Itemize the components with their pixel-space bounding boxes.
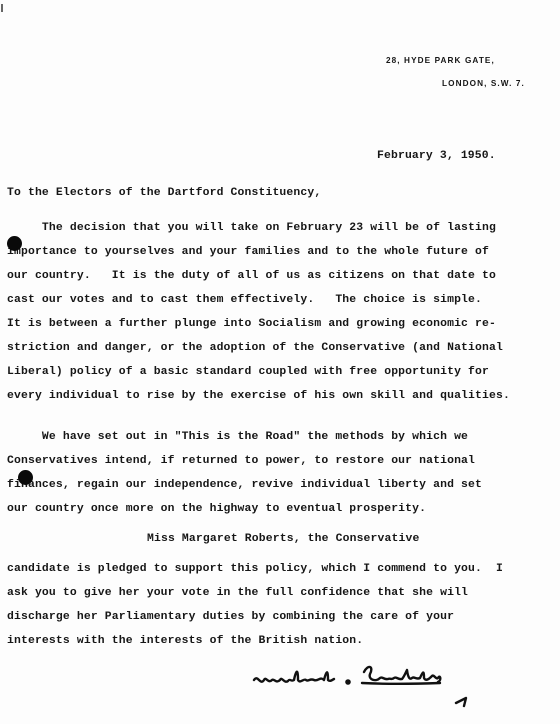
paragraph-line: our country once more on the highway to … xyxy=(7,502,426,516)
paragraph-line: The decision that you will take on Febru… xyxy=(7,221,496,235)
paragraph-line: ask you to give her your vote in the ful… xyxy=(7,586,468,600)
letterhead-address-line1: 28, HYDE PARK GATE, xyxy=(386,56,495,65)
scan-artifact xyxy=(1,4,3,12)
paragraph-line: cast our votes and to cast them effectiv… xyxy=(7,293,482,307)
punch-hole-mark xyxy=(7,236,22,251)
paragraph-line: importance to yourselves and your famili… xyxy=(7,245,489,259)
letter-page: 28, HYDE PARK GATE, LONDON, S.W. 7. Febr… xyxy=(0,0,560,724)
paragraph-line: finances, regain our independence, reviv… xyxy=(7,478,482,492)
candidate-line: Miss Margaret Roberts, the Conservative xyxy=(147,532,419,546)
paragraph-line: Conservatives intend, if returned to pow… xyxy=(7,454,475,468)
paragraph-line: striction and danger, or the adoption of… xyxy=(7,341,503,355)
signature-image: Winston S. Churchill xyxy=(252,660,492,720)
salutation: To the Electors of the Dartford Constitu… xyxy=(7,186,321,200)
paragraph-line: our country. It is the duty of all of us… xyxy=(7,269,496,283)
paragraph-line: interests with the interests of the Brit… xyxy=(7,634,363,648)
paragraph-line: It is between a further plunge into Soci… xyxy=(7,317,496,331)
punch-hole-mark xyxy=(18,470,33,485)
letterhead-address-line2: LONDON, S.W. 7. xyxy=(442,79,525,88)
paragraph-line: candidate is pledged to support this pol… xyxy=(7,562,503,576)
paragraph-line: discharge her Parliamentary duties by co… xyxy=(7,610,454,624)
paragraph-line: We have set out in "This is the Road" th… xyxy=(7,430,468,444)
paragraph-line: Liberal) policy of a basic standard coup… xyxy=(7,365,489,379)
paragraph-line: every individual to rise by the exercise… xyxy=(7,389,510,403)
letter-date: February 3, 1950. xyxy=(377,149,496,163)
